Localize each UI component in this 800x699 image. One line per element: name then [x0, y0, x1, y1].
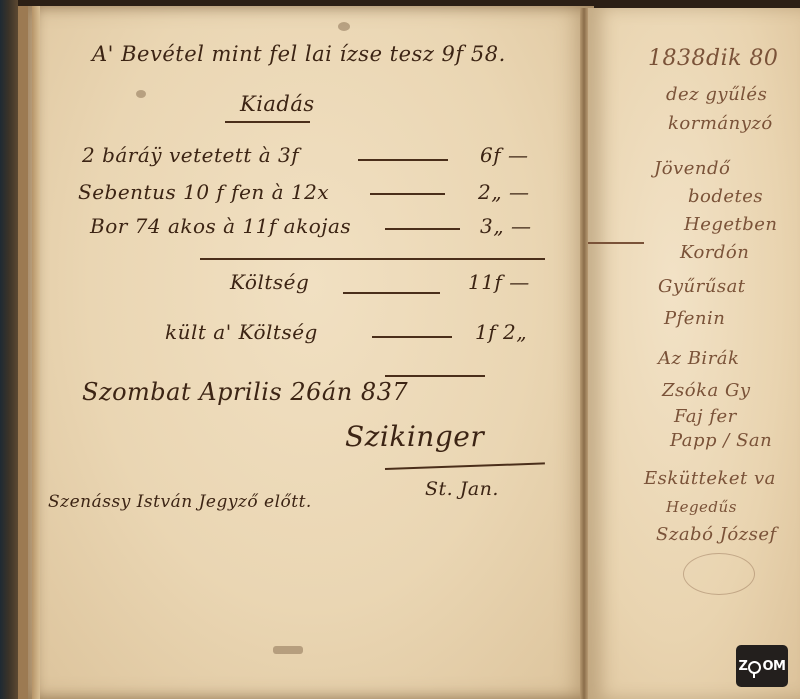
right-line: kormányzó [668, 113, 773, 134]
faded-flourish [683, 553, 755, 595]
entry-amount: 3„ — [480, 214, 531, 238]
ledger-heading: A' Bevétel mint fel lai ízse tesz 9f 58. [92, 42, 506, 66]
entry-amount: 6f — [480, 143, 528, 167]
zoom-watermark-badge: ZOM [736, 645, 788, 687]
ledger-subheading: Kiadás [240, 92, 315, 116]
right-line: Szabó József [656, 524, 777, 545]
entry-label: 2 báráÿ vetetett à 3f [82, 143, 299, 167]
zoom-watermark-text: Z [739, 659, 748, 674]
right-line: dez gyűlés [666, 84, 767, 105]
right-line: Papp / San [670, 430, 772, 451]
right-line: Jövendő [654, 158, 730, 179]
right-line: bodetes [688, 186, 763, 207]
subheading-underline [225, 121, 310, 123]
ink-stain [136, 90, 146, 98]
sum-rule [200, 258, 545, 260]
total-amount: 11f — [468, 270, 530, 294]
right-line: Faj fer [674, 406, 737, 427]
date-overline [385, 375, 485, 377]
right-line: Az Birák [658, 348, 739, 369]
right-line: 1838dik 80 [648, 46, 778, 71]
entry-leader-line [358, 159, 448, 161]
book-gutter [580, 8, 588, 699]
date-line: Szombat Aprilis 26án 837 [82, 378, 408, 406]
signature-main: Szikinger [345, 420, 484, 453]
entry-leader-line [370, 193, 445, 195]
right-line: Zsóka Gy [662, 380, 751, 401]
right-line: Eskütteket va [644, 468, 776, 489]
notary-line: Szenássy István Jegyző előtt. [48, 492, 312, 512]
ink-stain [338, 22, 350, 31]
right-line: Kordón [680, 242, 749, 263]
entry-label: Sebentus 10 f fen à 12x [78, 180, 329, 204]
remainder-leader-line [372, 336, 452, 338]
zoom-watermark-text: OM [762, 659, 785, 674]
right-page-text: 1838dik 80 dez gyűlés kormányzó Jövendő … [588, 8, 800, 699]
right-line: Pfenin [664, 308, 725, 329]
total-label: Költség [230, 270, 309, 294]
right-line: Hegetben [684, 214, 778, 235]
remainder-amount: 1f 2„ [475, 320, 527, 344]
remainder-label: kült a' Költség [165, 320, 318, 344]
entry-leader-line [385, 228, 460, 230]
entry-label: Bor 74 akos à 11f akojas [90, 214, 351, 238]
faded-rule [588, 242, 644, 244]
total-leader-line [343, 292, 440, 294]
ink-stain [273, 646, 303, 654]
signature-sub: St. Jan. [425, 478, 499, 500]
right-line: Hegedűs [666, 498, 737, 516]
entry-amount: 2„ — [478, 180, 529, 204]
magnifier-icon [748, 661, 761, 674]
right-line: Gyűrűsat [658, 276, 746, 297]
